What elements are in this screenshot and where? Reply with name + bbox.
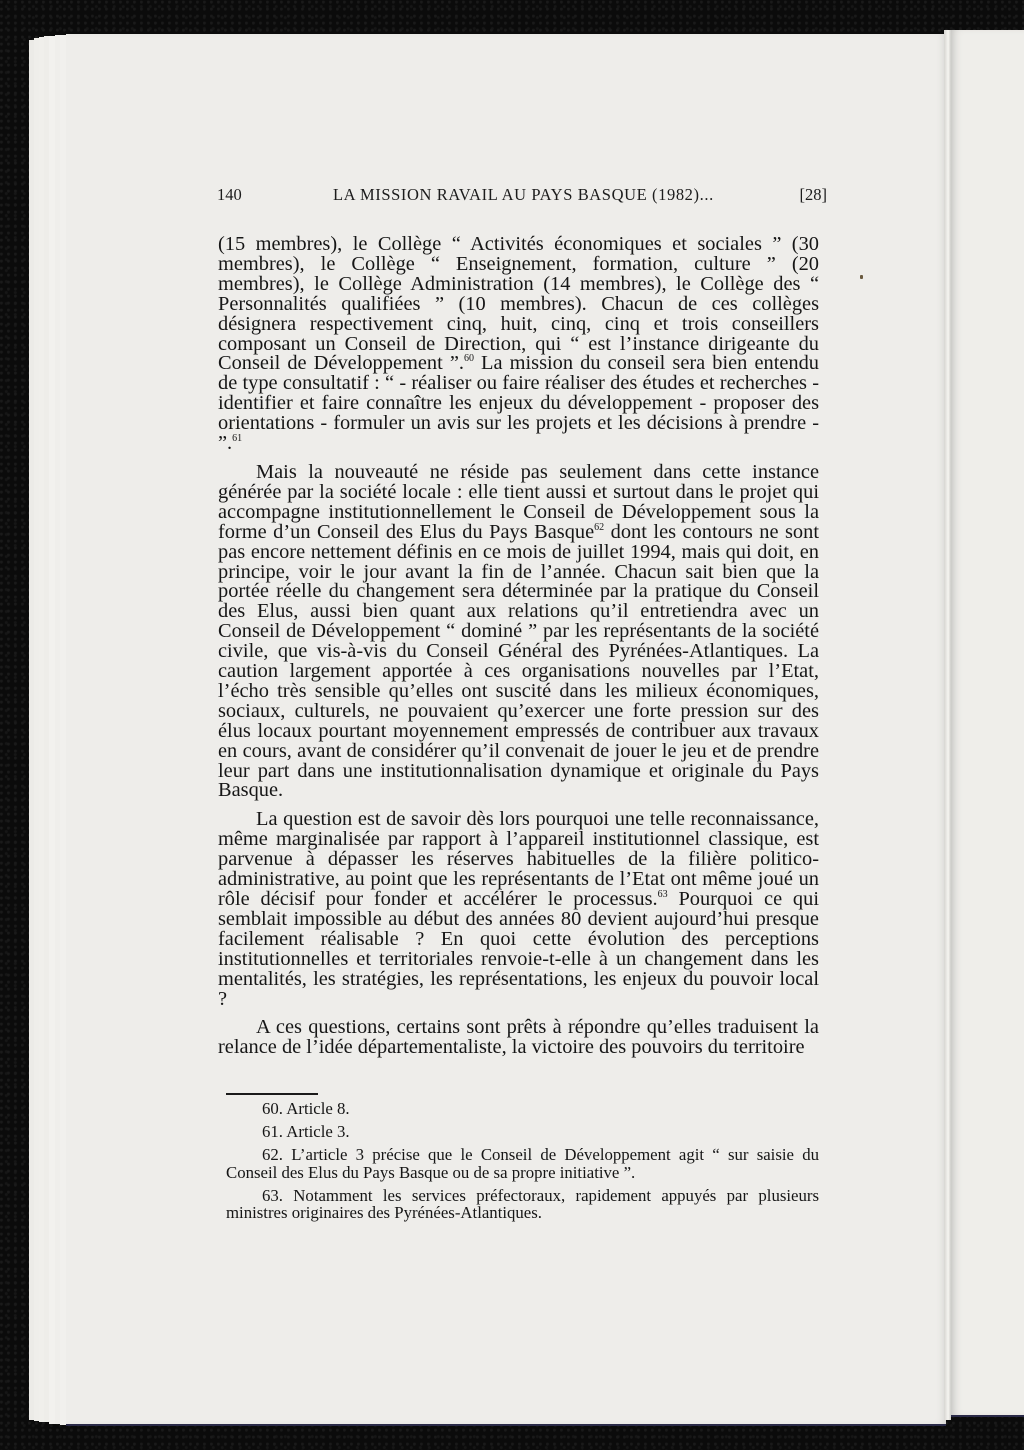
paper-speck — [860, 275, 863, 279]
paragraph-1: (15 membres), le Collège “ Activités éco… — [218, 235, 819, 454]
paragraph-4: A ces questions, certains sont prêts à r… — [218, 1018, 819, 1058]
running-title: LA MISSION RAVAIL AU PAYS BASQUE (1982).… — [333, 185, 714, 205]
footnote-63: 63. Notamment les services préfectoraux,… — [226, 1187, 819, 1221]
facing-page — [950, 30, 1024, 1417]
running-head: 140 LA MISSION RAVAIL AU PAYS BASQUE (19… — [217, 185, 827, 209]
paragraph-text: A ces questions, certains sont prêts à r… — [218, 1016, 819, 1058]
footnote-62: 62. L’article 3 précise que le Conseil d… — [226, 1146, 819, 1180]
footnote-ref-63: 63 — [658, 889, 668, 900]
footnote-ref-61: 61 — [232, 433, 242, 444]
scanned-book-spread: 140 LA MISSION RAVAIL AU PAYS BASQUE (19… — [0, 0, 1024, 1450]
section-number: [28] — [800, 185, 828, 205]
footnote-separator — [226, 1093, 318, 1095]
footnote-ref-62: 62 — [594, 522, 604, 533]
paragraph-2: Mais la nouveauté ne réside pas seulemen… — [218, 463, 819, 801]
footnote-ref-60: 60 — [464, 353, 474, 364]
paragraph-3: La question est de savoir dès lors pourq… — [218, 810, 819, 1009]
page-number: 140 — [217, 185, 242, 205]
body-text: (15 membres), le Collège “ Activités éco… — [218, 235, 819, 1067]
book-gutter — [944, 30, 951, 1420]
footnote-61: 61. Article 3. — [226, 1123, 819, 1140]
paragraph-text: dont les contours ne sont pas encore net… — [218, 521, 819, 802]
footnotes: 60. Article 8. 61. Article 3. 62. L’arti… — [226, 1100, 819, 1227]
footnote-60: 60. Article 8. — [226, 1100, 819, 1117]
